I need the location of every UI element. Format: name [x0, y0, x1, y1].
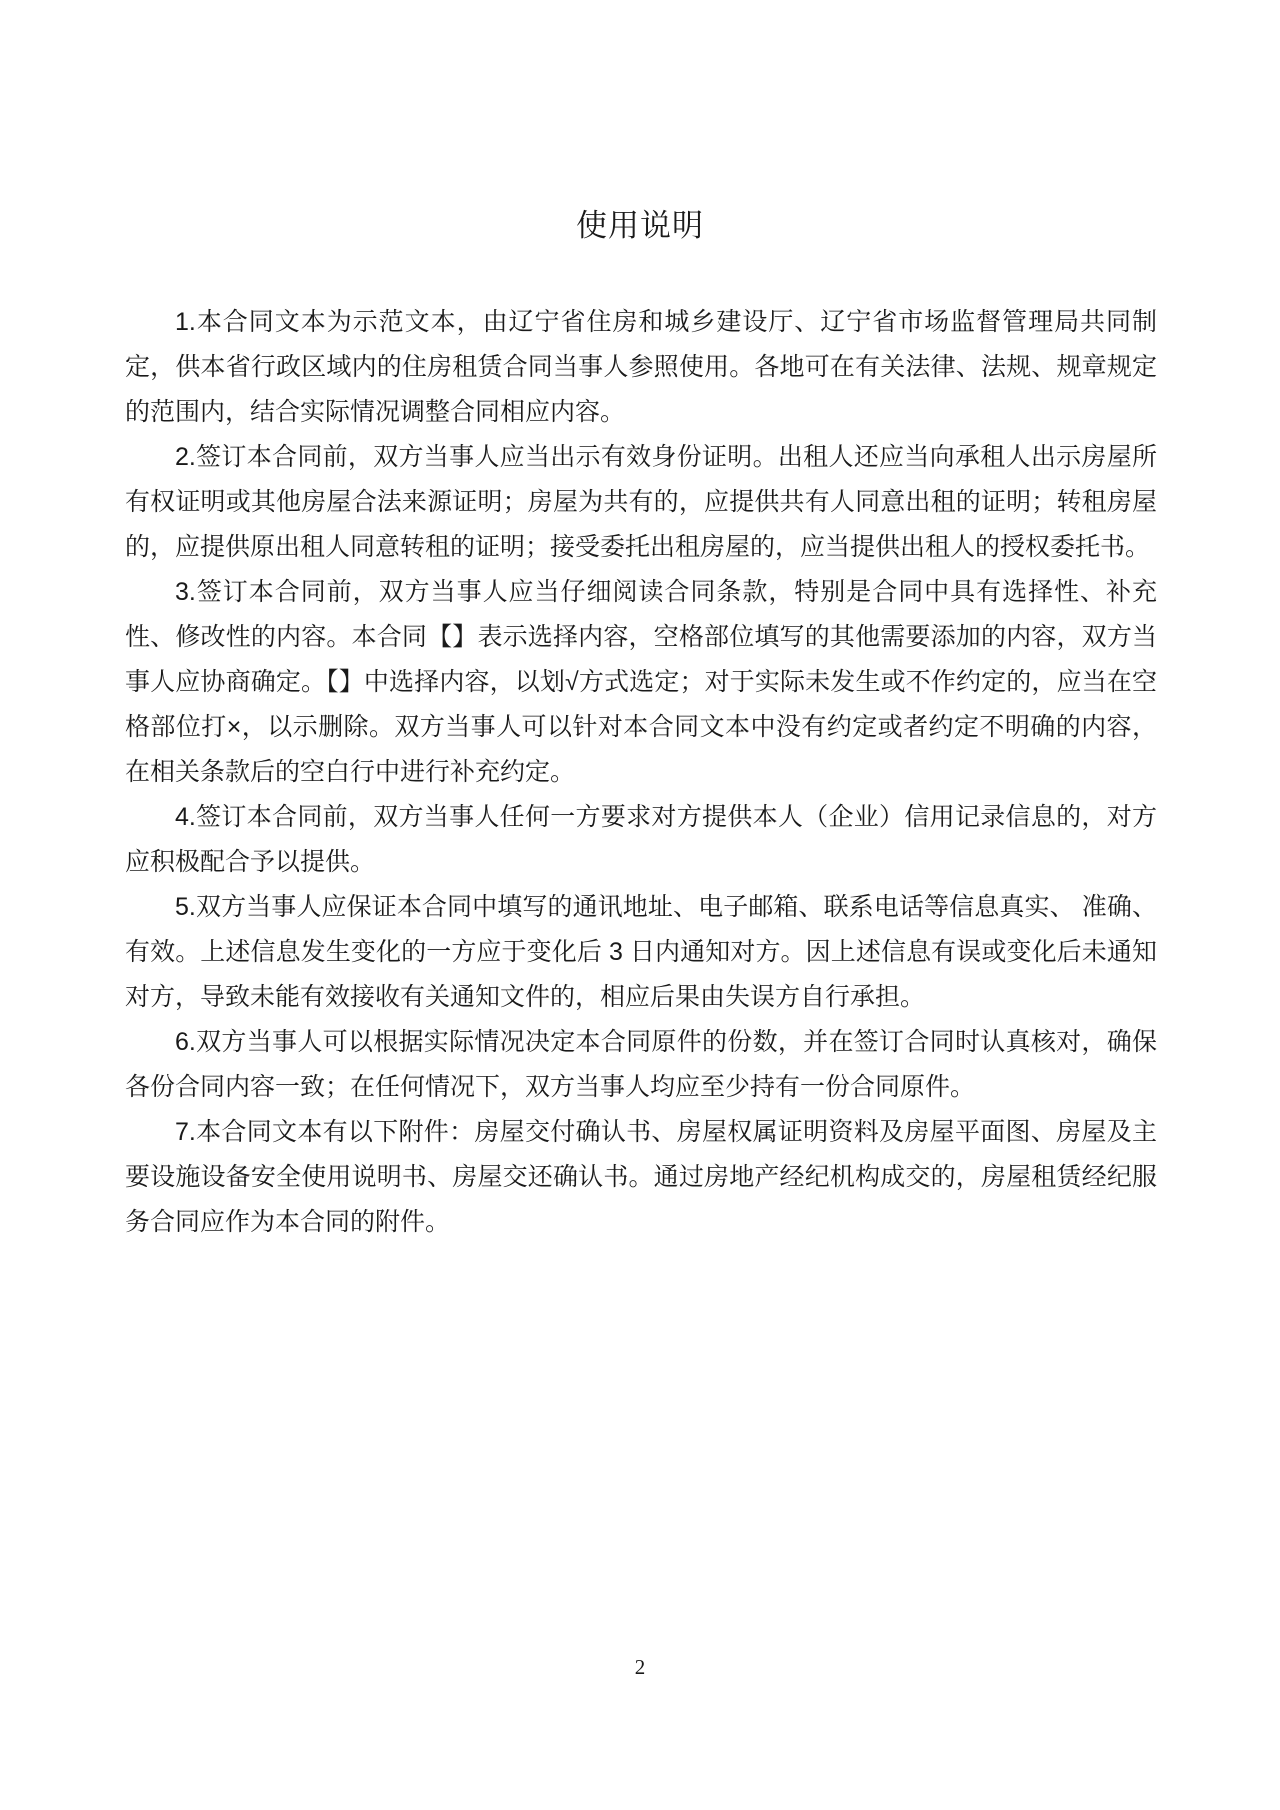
- instruction-paragraph-4: 4.签订本合同前，双方当事人任何一方要求对方提供本人（企业）信用记录信息的，对方…: [125, 795, 1157, 885]
- page-number: 2: [0, 1655, 1280, 1680]
- instruction-paragraph-3: 3.签订本合同前，双方当事人应当仔细阅读合同条款，特别是合同中具有选择性、补充性…: [125, 570, 1157, 795]
- instruction-paragraph-5: 5.双方当事人应保证本合同中填写的通讯地址、电子邮箱、联系电话等信息真实、 准确…: [125, 885, 1157, 1020]
- instruction-paragraph-7: 7.本合同文本有以下附件：房屋交付确认书、房屋权属证明资料及房屋平面图、房屋及主…: [125, 1110, 1157, 1245]
- instructions-body: 1.本合同文本为示范文本，由辽宁省住房和城乡建设厅、辽宁省市场监督管理局共同制定…: [125, 300, 1157, 1245]
- instruction-paragraph-2: 2.签订本合同前，双方当事人应当出示有效身份证明。出租人还应当向承租人出示房屋所…: [125, 435, 1157, 570]
- document-page: 使用说明 1.本合同文本为示范文本，由辽宁省住房和城乡建设厅、辽宁省市场监督管理…: [0, 0, 1280, 1810]
- instruction-paragraph-1: 1.本合同文本为示范文本，由辽宁省住房和城乡建设厅、辽宁省市场监督管理局共同制定…: [125, 300, 1157, 435]
- instruction-paragraph-6: 6.双方当事人可以根据实际情况决定本合同原件的份数，并在签订合同时认真核对，确保…: [125, 1020, 1157, 1110]
- page-title: 使用说明: [0, 207, 1280, 245]
